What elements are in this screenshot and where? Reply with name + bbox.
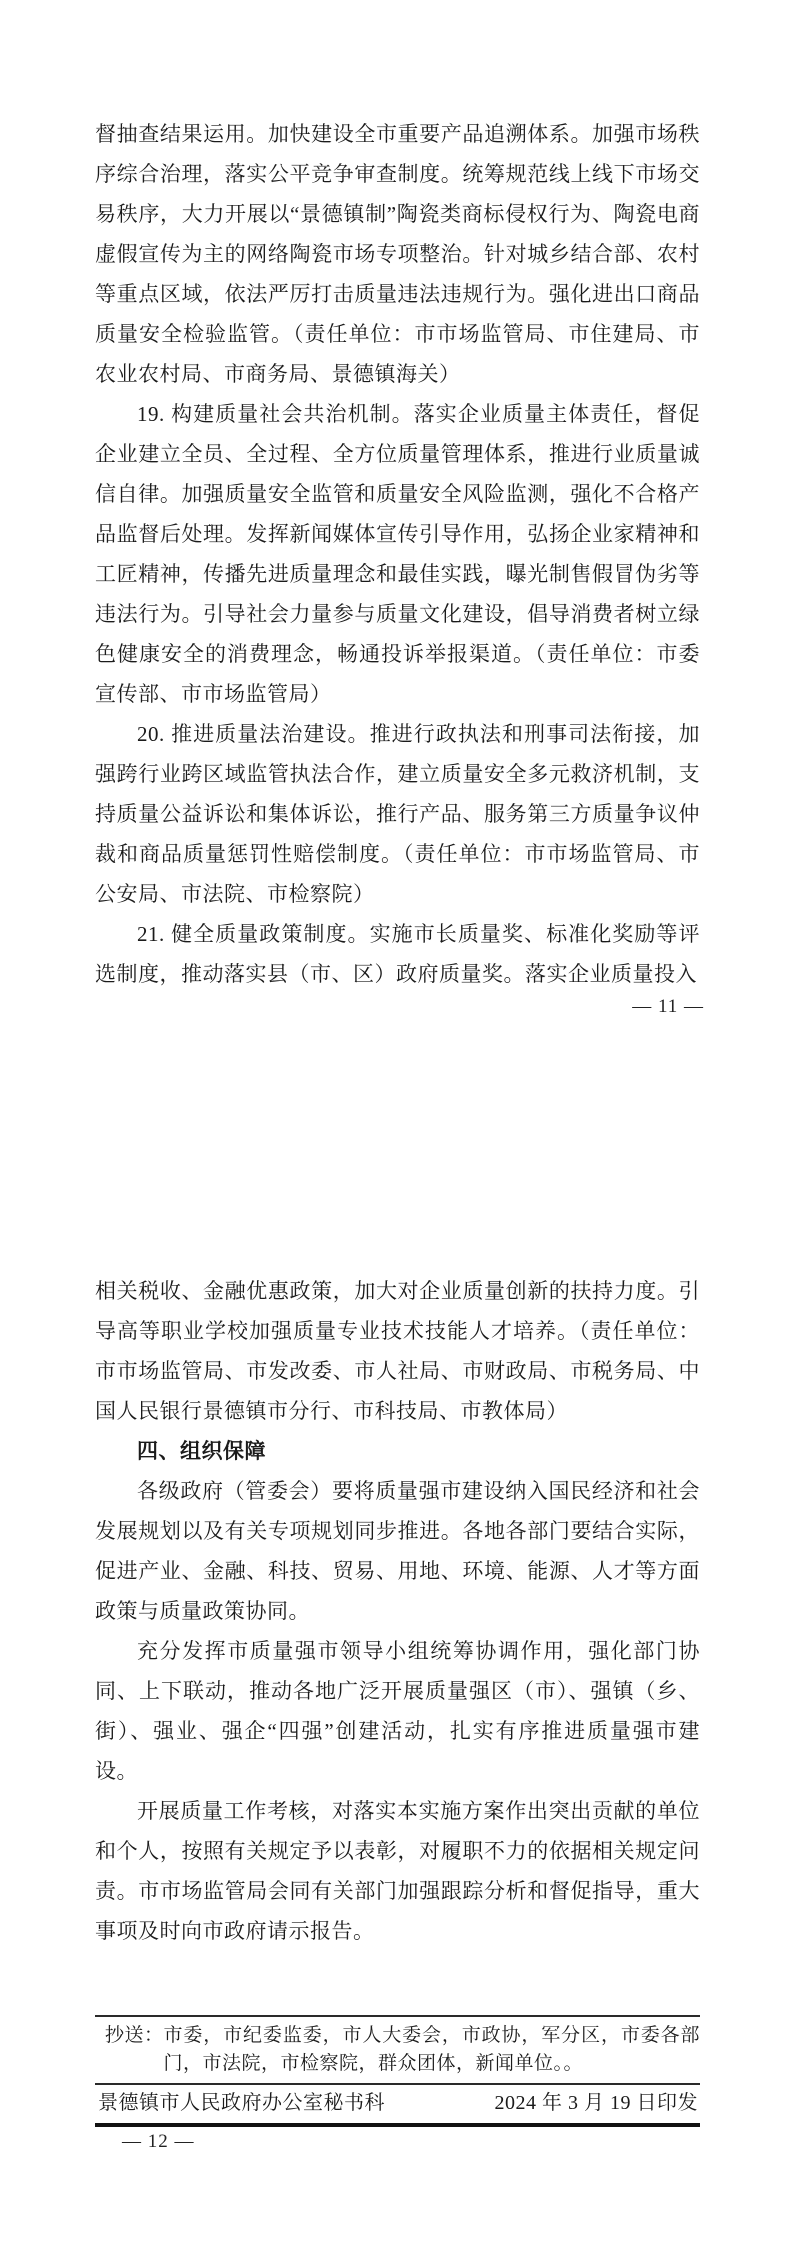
page-12: 相关税收、金融优惠政策，加大对企业质量创新的扶持力度。引导高等职业学校加强质量专… xyxy=(0,1123,794,2246)
issuer-row: 景德镇市人民政府办公室秘书科 2024 年 3 月 19 日印发 xyxy=(95,2083,700,2127)
page-number-11: — 11 — xyxy=(632,996,704,1018)
issuer-name: 景德镇市人民政府办公室秘书科 xyxy=(98,2090,385,2116)
cc-recipients: 市委，市纪委监委，市人大委会，市政协，军分区，市委各部门，市法院，市检察院，群众… xyxy=(164,2022,700,2078)
body-paragraph-continued: 督抽查结果运用。加快建设全市重要产品追溯体系。加强市场秩序综合治理，落实公平竞争… xyxy=(95,114,700,394)
document-footer: 抄送： 市委，市纪委监委，市人大委会，市政协，军分区，市委各部门，市法院，市检察… xyxy=(95,2015,700,2127)
page-11: 督抽查结果运用。加快建设全市重要产品追溯体系。加强市场秩序综合治理，落实公平竞争… xyxy=(0,0,794,1123)
page-12-content: 相关税收、金融优惠政策，加大对企业质量创新的扶持力度。引导高等职业学校加强质量专… xyxy=(0,1123,794,1951)
print-date: 2024 年 3 月 19 日印发 xyxy=(495,2090,699,2116)
page-number-12: — 12 — xyxy=(122,2131,195,2153)
cc-block: 抄送： 市委，市纪委监委，市人大委会，市政协，军分区，市委各部门，市法院，市检察… xyxy=(95,2015,700,2083)
cc-label: 抄送： xyxy=(105,2022,164,2078)
body-paragraph-continued: 相关税收、金融优惠政策，加大对企业质量创新的扶持力度。引导高等职业学校加强质量专… xyxy=(95,1271,700,1431)
section-heading-organizational-support: 四、组织保障 xyxy=(95,1431,700,1471)
page-11-content: 督抽查结果运用。加快建设全市重要产品追溯体系。加强市场秩序综合治理，落实公平竞争… xyxy=(0,0,794,994)
body-paragraph: 各级政府（管委会）要将质量强市建设纳入国民经济和社会发展规划以及有关专项规划同步… xyxy=(95,1471,700,1631)
body-paragraph: 开展质量工作考核，对落实本实施方案作出突出贡献的单位和个人，按照有关规定予以表彰… xyxy=(95,1791,700,1951)
body-paragraph: 充分发挥市质量强市领导小组统筹协调作用，强化部门协同、上下联动，推动各地广泛开展… xyxy=(95,1631,700,1791)
cc-row: 抄送： 市委，市纪委监委，市人大委会，市政协，军分区，市委各部门，市法院，市检察… xyxy=(105,2022,700,2078)
body-paragraph-20: 20. 推进质量法治建设。推进行政执法和刑事司法衔接，加强跨行业跨区域监管执法合… xyxy=(95,714,700,914)
document: 督抽查结果运用。加快建设全市重要产品追溯体系。加强市场秩序综合治理，落实公平竞争… xyxy=(0,0,794,2246)
body-paragraph-21: 21. 健全质量政策制度。实施市长质量奖、标准化奖励等评选制度，推动落实县（市、… xyxy=(95,914,700,994)
body-paragraph-19: 19. 构建质量社会共治机制。落实企业质量主体责任，督促企业建立全员、全过程、全… xyxy=(95,394,700,714)
